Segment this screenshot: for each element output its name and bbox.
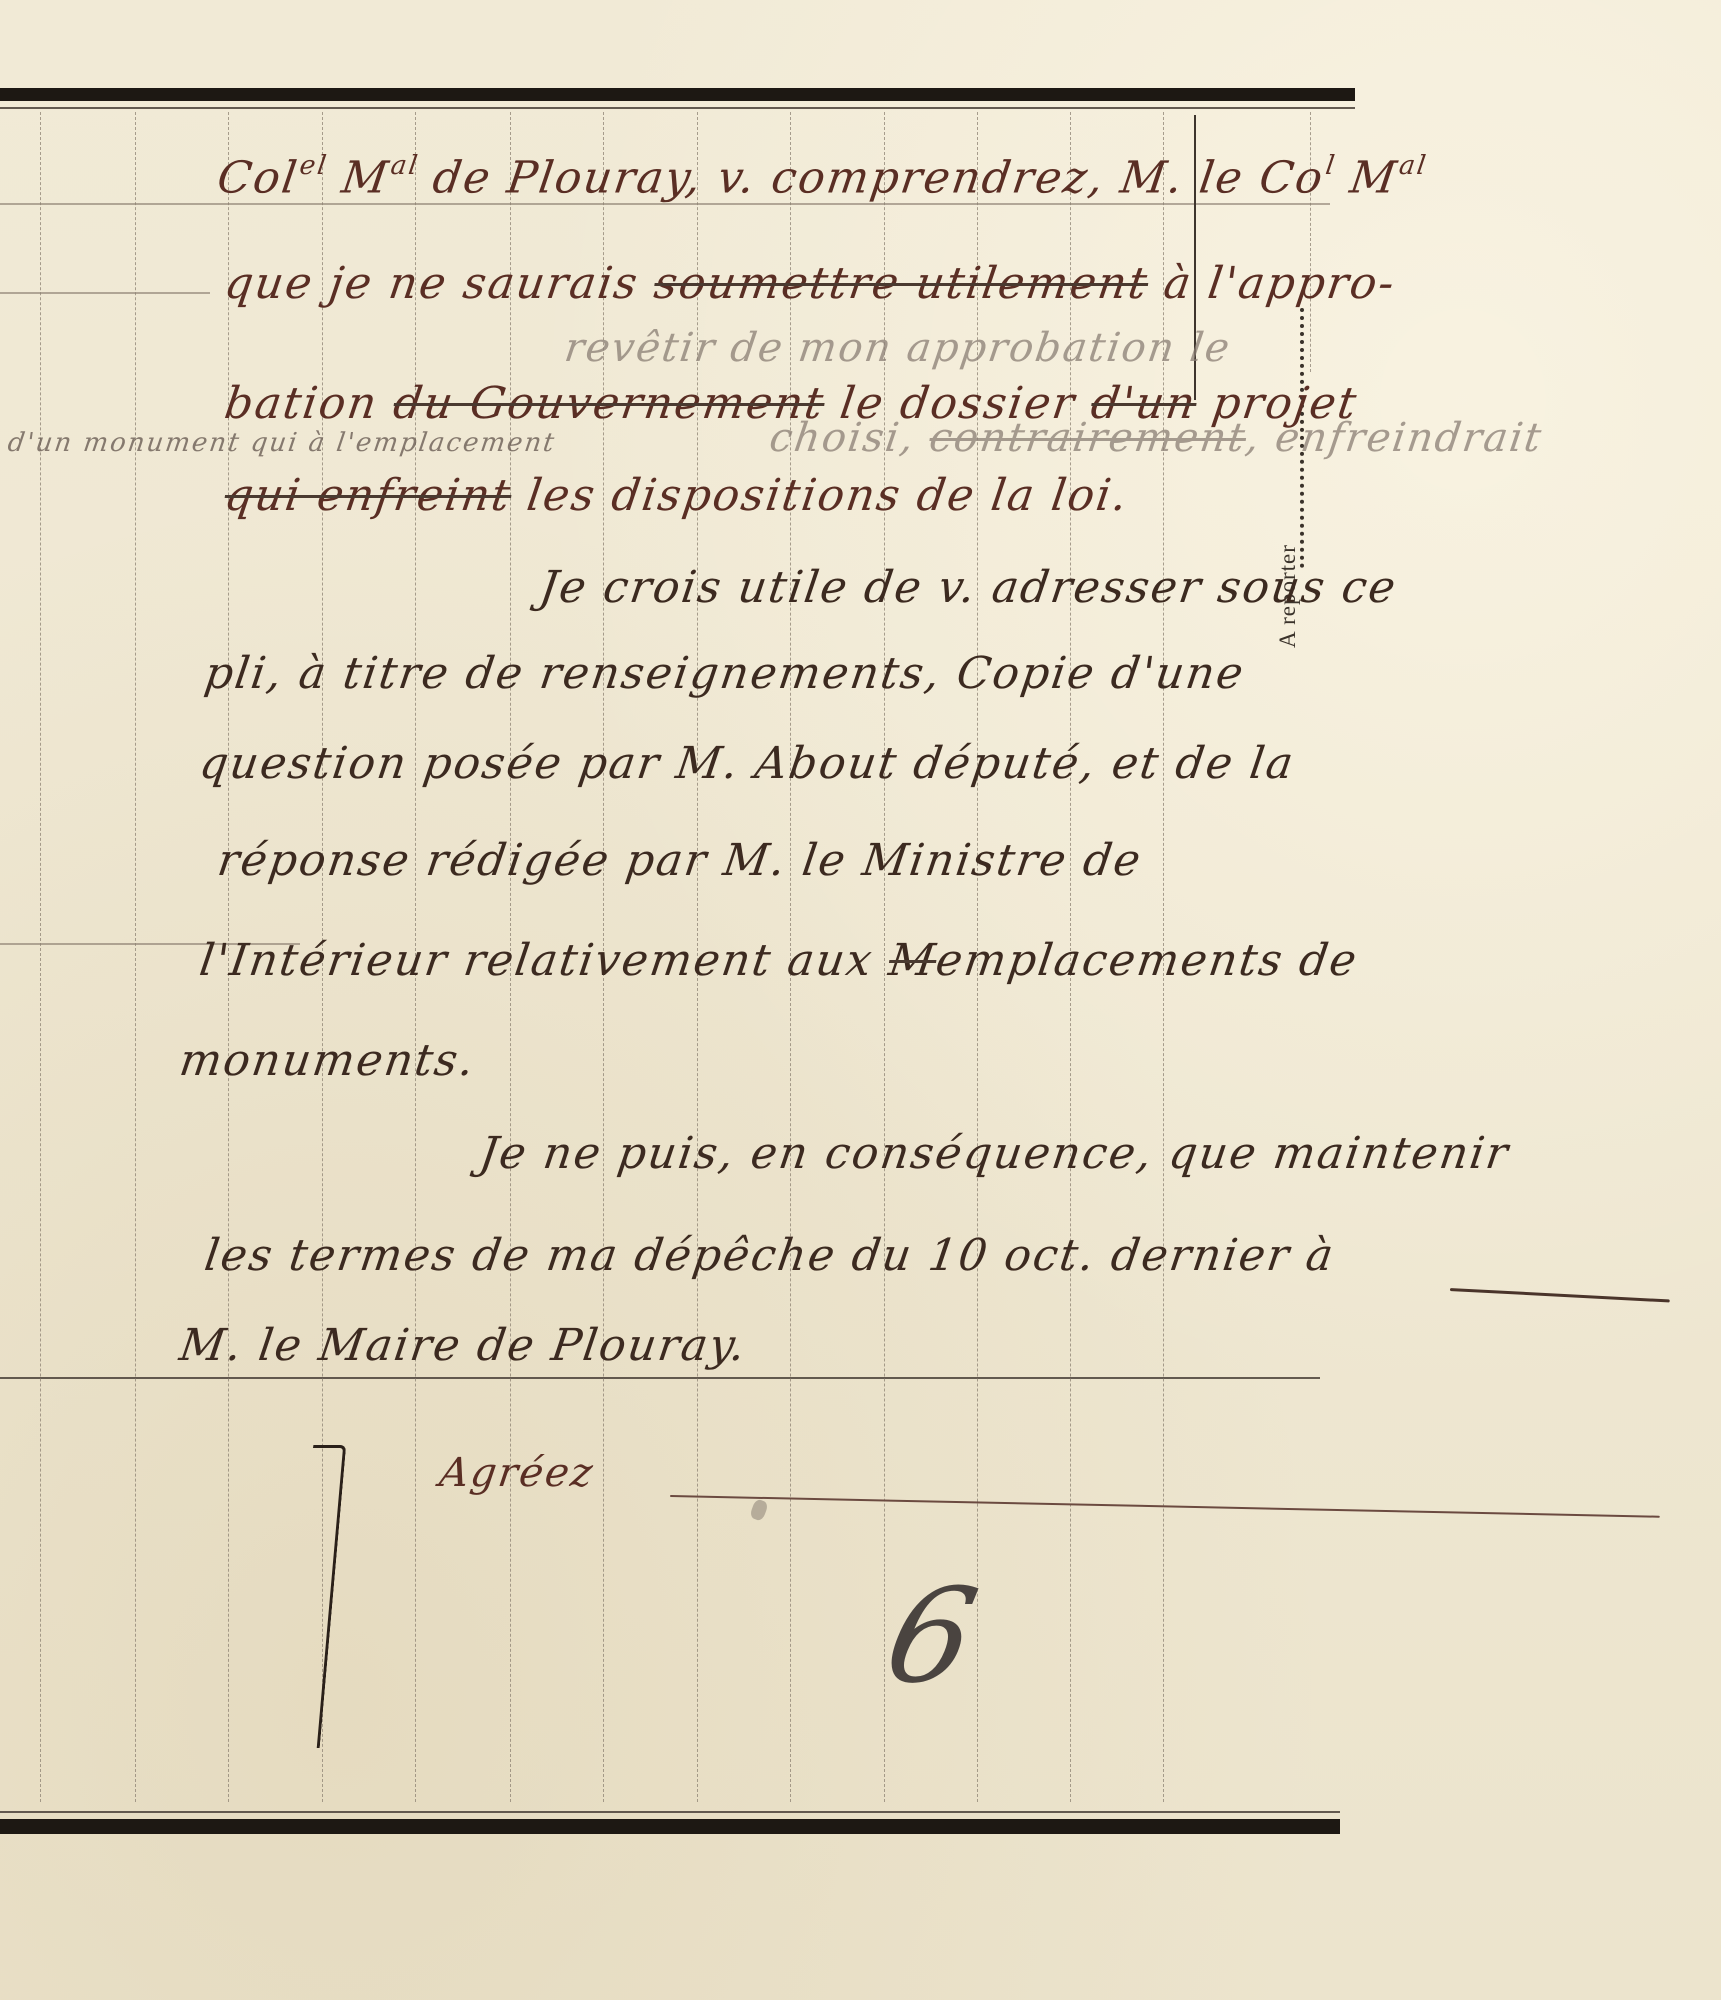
column-line (135, 112, 136, 1802)
struck-text: M (886, 935, 940, 986)
handwritten-line-14: les termes de ma dépêche du 10 oct. dern… (201, 1230, 1338, 1281)
handwritten-line-12: monuments. (176, 1035, 478, 1086)
handwritten-line-6: qui enfreint les dispositions de la loi. (221, 470, 1132, 521)
ink-smudge (749, 1498, 769, 1522)
closing-flourish (670, 1495, 1660, 1518)
folio-number: 6 (874, 1560, 989, 1712)
top-thick-rule (0, 88, 1355, 101)
handwritten-line-2: que je ne saurais soumettre utilement à … (221, 258, 1399, 309)
handwritten-line-7: Je crois utile de v. adresser sous ce (536, 562, 1400, 613)
closing-rule (0, 1377, 1320, 1379)
handwritten-line-8: pli, à titre de renseignements, Copie d'… (201, 648, 1248, 699)
ruled-line (0, 292, 210, 294)
struck-text: contrairement (927, 415, 1250, 461)
closing-agreez: Agréez (437, 1450, 597, 1496)
document-page: A reporter Colel Mal de Plouray, v. comp… (0, 0, 1721, 2000)
top-thin-rule (0, 107, 1355, 109)
bottom-thin-rule (0, 1811, 1340, 1813)
handwritten-line-9: question posée par M. About député, et d… (196, 738, 1298, 789)
column-line (40, 112, 41, 1802)
handwritten-line-1: Colel Mal de Plouray, v. comprendrez, M.… (214, 150, 1429, 203)
struck-text: du Gouvernement (390, 378, 828, 429)
margin-note: d'un monument qui à l'emplacement (6, 428, 558, 458)
closing-bracket (287, 1445, 347, 1748)
handwritten-line-10: réponse rédigée par M. le Ministre de (214, 835, 1145, 886)
handwritten-line-15: M. le Maire de Plouray. (176, 1320, 750, 1371)
line-filler-stroke (1450, 1288, 1670, 1303)
struck-text: qui enfreint (221, 470, 515, 521)
struck-text: soumettre utilement (651, 258, 1152, 309)
pencil-insertion-line-5: choisi, contrairement, enfreindrait (767, 415, 1546, 461)
bottom-thick-rule (0, 1819, 1340, 1834)
handwritten-line-13: Je ne puis, en conséquence, que mainteni… (476, 1128, 1512, 1179)
handwritten-line-11: l'Intérieur relativement aux Memplacemen… (196, 935, 1361, 986)
pencil-insertion-line-3: revêtir de mon approbation le (562, 325, 1234, 371)
